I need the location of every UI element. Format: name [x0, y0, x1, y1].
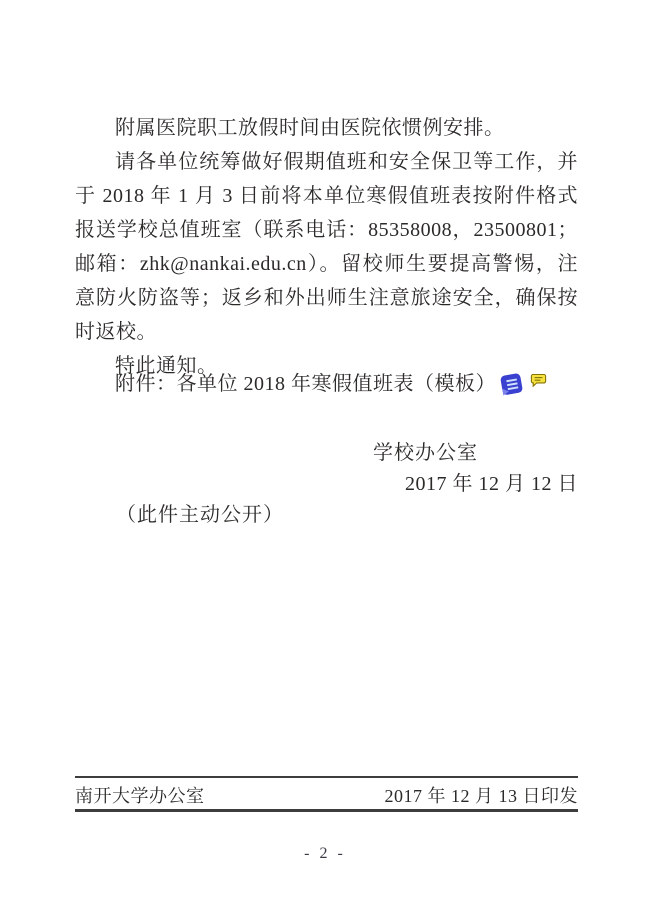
attachment-text: 附件：各单位 2018 年寒假值班表（模板） — [75, 369, 496, 399]
signature-office: 学校办公室 — [373, 436, 478, 465]
footer-issuer: 南开大学办公室 — [75, 782, 205, 808]
paragraph-hospital-note: 附属医院职工放假时间由医院依惯例安排。 — [75, 111, 578, 145]
document-body: 附属医院职工放假时间由医院依惯例安排。 请各单位统筹做好假期值班和安全保卫等工作… — [75, 111, 578, 383]
comment-bubble-icon[interactable] — [530, 372, 547, 389]
page-number: - 2 - — [0, 845, 650, 863]
signature-date: 2017 年 12 月 12 日 — [405, 467, 578, 496]
attachment-line: 附件：各单位 2018 年寒假值班表（模板） — [75, 369, 595, 399]
footer-divider-bottom — [75, 809, 578, 812]
footer-divider-top — [75, 776, 578, 778]
footer-print-date: 2017 年 12 月 13 日印发 — [385, 782, 579, 808]
document-page: 附属医院职工放假时间由医院依惯例安排。 请各单位统筹做好假期值班和安全保卫等工作… — [0, 0, 650, 920]
attachment-note-icon[interactable] — [498, 370, 525, 398]
disclosure-note: （此件主动公开） — [116, 498, 284, 527]
footer: 南开大学办公室 2017 年 12 月 13 日印发 — [75, 783, 578, 807]
paragraph-duty-instructions: 请各单位统筹做好假期值班和安全保卫等工作，并于 2018 年 1 月 3 日前将… — [75, 145, 578, 349]
